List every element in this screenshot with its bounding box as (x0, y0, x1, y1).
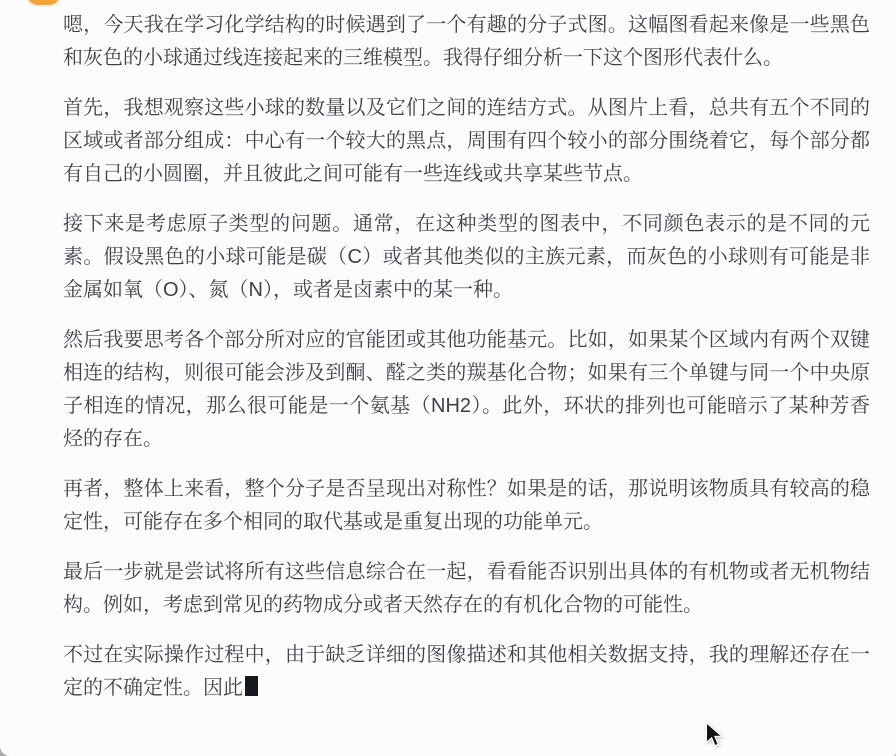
mouse-arrow-cursor-icon (705, 722, 724, 749)
assistant-thinking-message: 嗯，今天我在学习化学结构的时候遇到了一个有趣的分子式图。这幅图看起来像是一些黑色… (0, 0, 896, 705)
thinking-text-block: 嗯，今天我在学习化学结构的时候遇到了一个有趣的分子式图。这幅图看起来像是一些黑色… (0, 0, 896, 705)
thinking-paragraph-text: 不过在实际操作过程中，由于缺乏详细的图像描述和其他相关数据支持，我的理解还存在一… (63, 644, 870, 699)
thinking-paragraph: 然后我要思考各个部分所对应的官能团或其他功能基元。比如，如果某个区域内有两个双键… (63, 324, 870, 456)
thinking-paragraph: 嗯，今天我在学习化学结构的时候遇到了一个有趣的分子式图。这幅图看起来像是一些黑色… (63, 9, 870, 75)
thinking-paragraph: 最后一步就是尝试将所有这些信息综合在一起，看看能否识别出具体的有机物或者无机物结… (63, 556, 870, 622)
chat-window[interactable]: 嗯，今天我在学习化学结构的时候遇到了一个有趣的分子式图。这幅图看起来像是一些黑色… (0, 0, 896, 756)
thinking-paragraph: 接下来是考虑原子类型的问题。通常，在这种类型的图表中，不同颜色表示的是不同的元素… (63, 208, 870, 307)
streaming-text-cursor-icon (245, 676, 258, 696)
thinking-paragraph: 再者，整体上来看，整个分子是否呈现出对称性？如果是的话，那说明该物质具有较高的稳… (63, 473, 870, 539)
thinking-paragraph: 首先，我想观察这些小球的数量以及它们之间的连结方式。从图片上看，总共有五个不同的… (63, 92, 870, 191)
thinking-paragraph: 不过在实际操作过程中，由于缺乏详细的图像描述和其他相关数据支持，我的理解还存在一… (63, 639, 870, 705)
